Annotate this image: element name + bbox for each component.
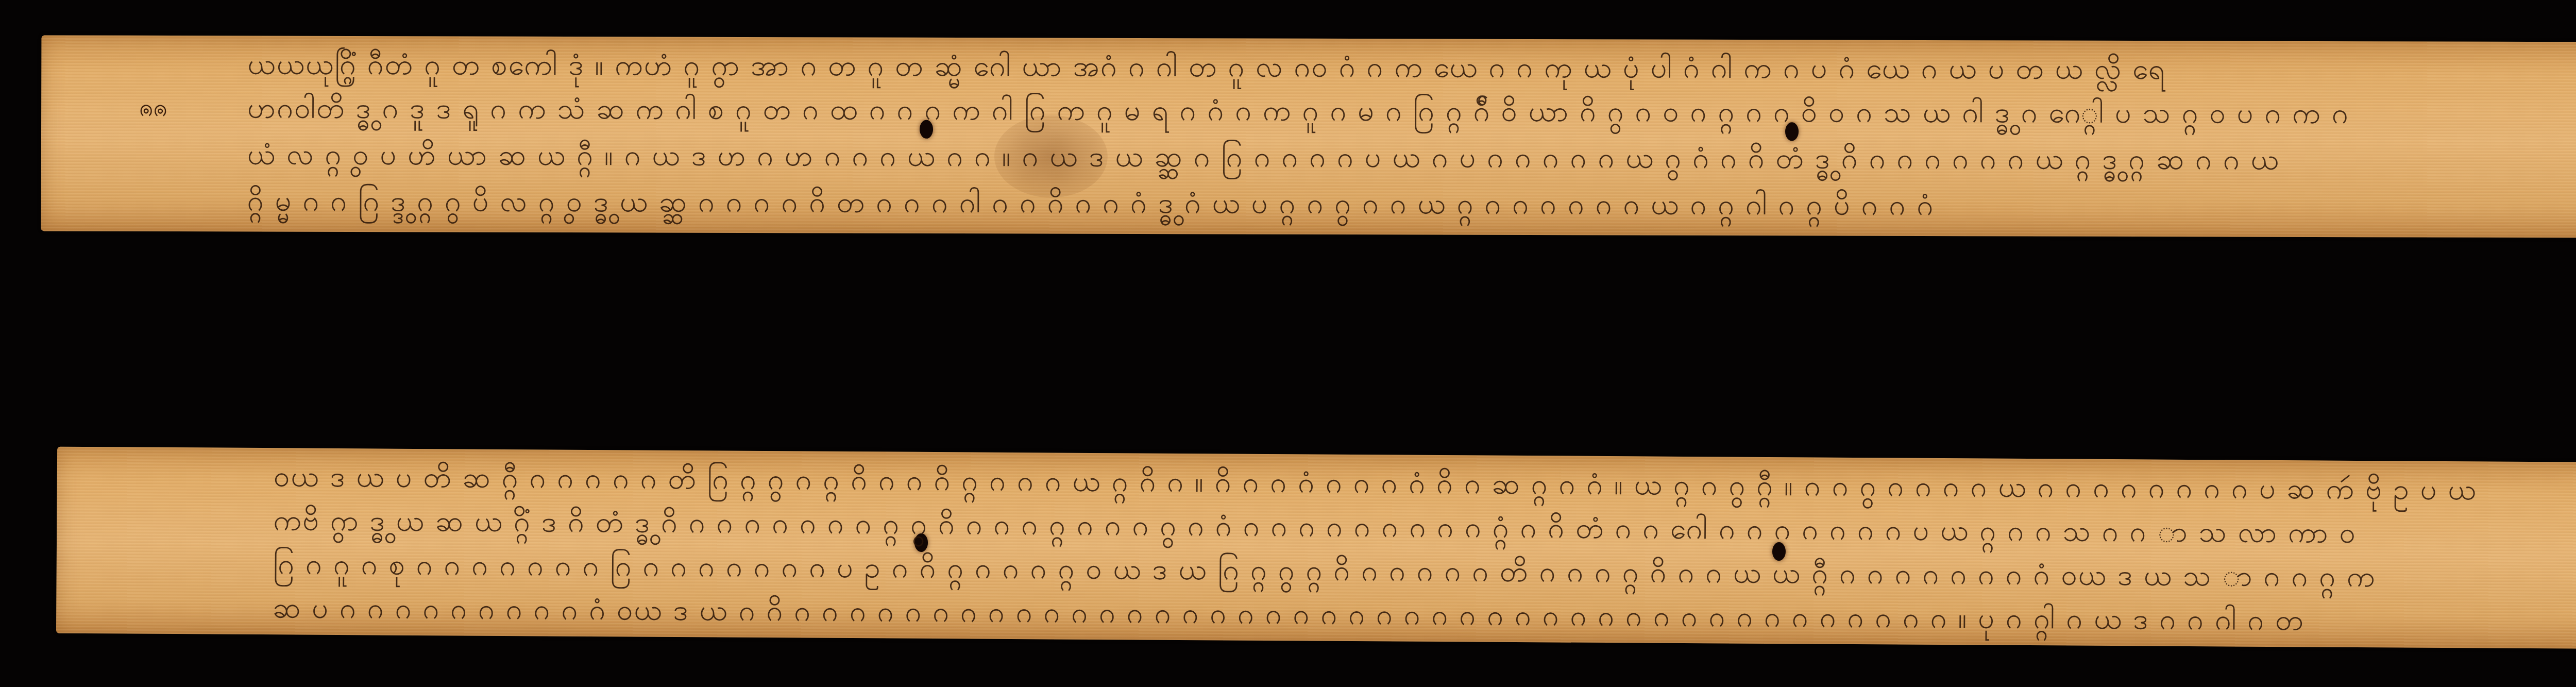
palm-leaf-bottom: ဝယ ဒ ယ ပ တိ ဆ ဂ္ဂီ ဂ ဂ ဂ ဂ ဂ တိ ဂြ ဂ္ဂ ဂ… bbox=[56, 447, 2576, 649]
folio-number: ၐၐ bbox=[139, 92, 167, 128]
text-line-3: ယံ လ ဂ္ဂွ ဝ ပ ဟိ ယာ ဆ ယ ဂ္ဂီ ။ ဂ ယ ဒ ဟ ဂ… bbox=[247, 136, 2488, 184]
text-line-4: ဂ္ဂိ မ္မ ဂ ဂ ဂြ ဒ္ဒွ ဂ္ဂ ဂွ ပိ လ ဂ္ဂွ ဝ … bbox=[247, 182, 2524, 231]
text-line-2: ဟဂဝါတိ ဒ္ဓွ ဂ ဒူ ဒ ရူ ဂ က သံ ဆ က ဂါ စ ဂူ… bbox=[247, 90, 2488, 138]
palm-leaf-top: ၐၐ ယယယုဂ္ဂြိံ ဂီတံ ဂူ တ စကေါ ဒုံ ။ ကဟံ ဂ… bbox=[41, 35, 2576, 238]
text-line-1: ယယယုဂ္ဂြိံ ဂီတံ ဂူ တ စကေါ ဒုံ ။ ကဟံ ဂူ ဂ… bbox=[247, 46, 2488, 94]
